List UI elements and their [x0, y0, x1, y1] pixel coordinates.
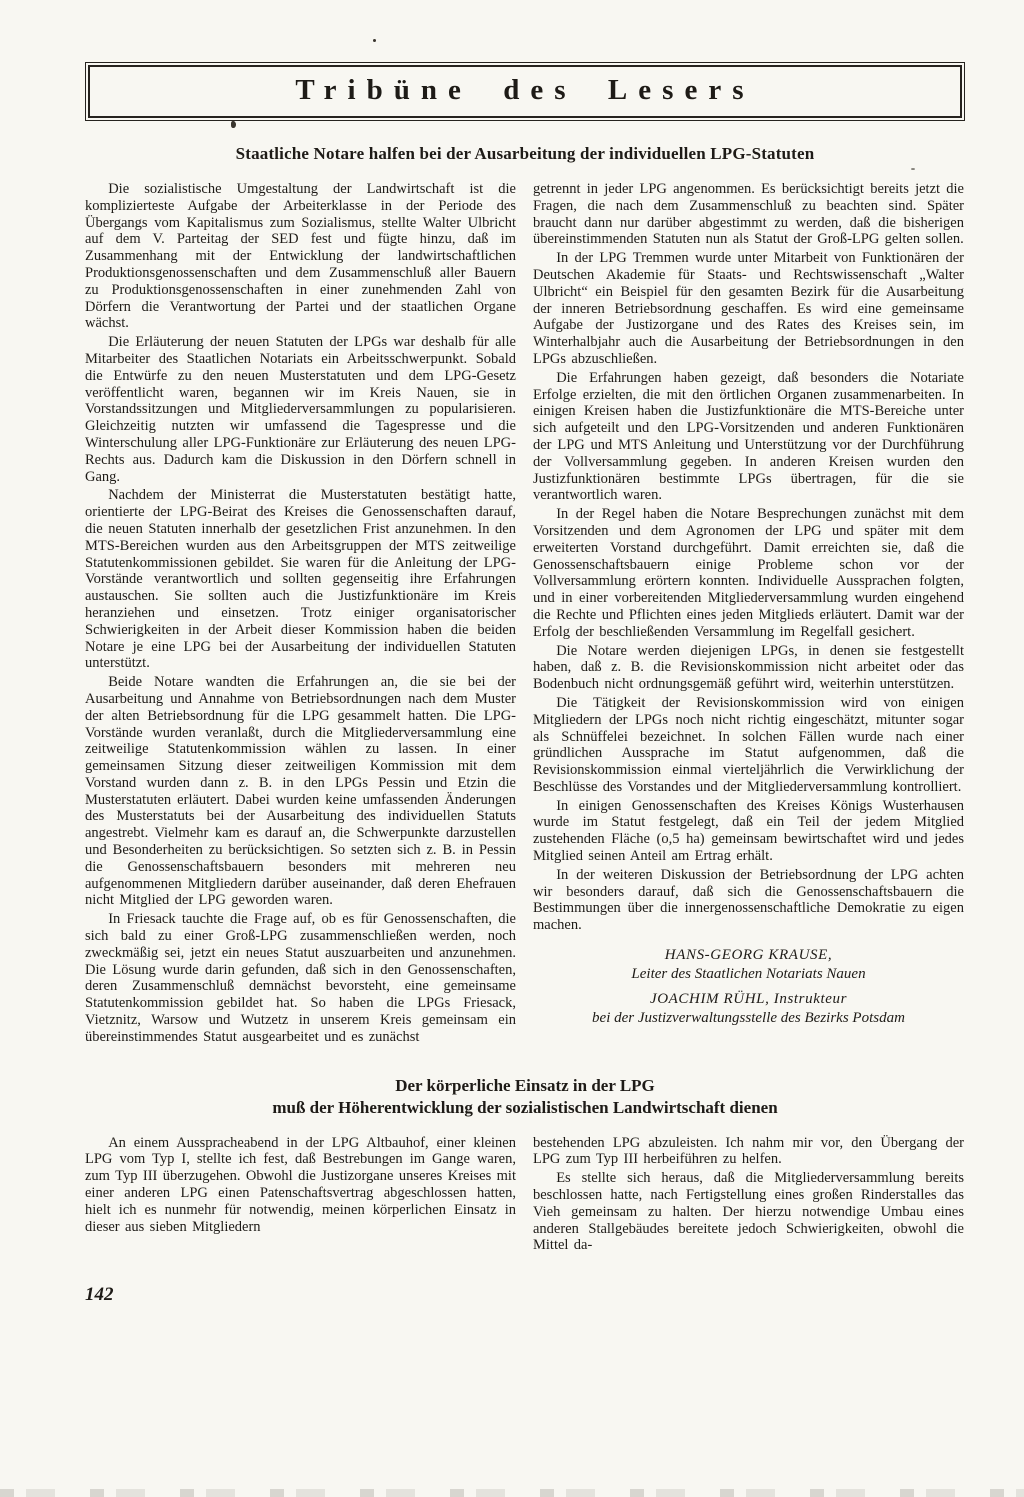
paragraph: In der LPG Tremmen wurde unter Mitarbeit… [533, 250, 964, 368]
article2-right-column: bestehenden LPG abzuleisten. Ich nahm mi… [533, 1135, 964, 1257]
signature-role: Leiter des Staatlichen Notariats Nauen [533, 965, 964, 984]
article2-columns: An einem Ausspracheabend in der LPG Altb… [85, 1135, 965, 1257]
article2-title-line1: Der körperliche Einsatz in der LPG [395, 1076, 655, 1095]
paragraph: Beide Notare wandten die Erfahrungen an,… [85, 674, 516, 909]
scan-edge-noise [0, 1489, 1024, 1497]
masthead-box-inner: Tribüne des Lesers [88, 65, 962, 118]
article2-title-line2: muß der Höherentwicklung der sozialistis… [272, 1098, 777, 1117]
paragraph: Die Notare werden diejenigen LPGs, in de… [533, 643, 964, 693]
page-content: Tribüne des Lesers Staatliche Notare hal… [85, 0, 965, 1306]
paragraph: In der Regel haben die Notare Besprechun… [533, 506, 964, 640]
masthead-box: Tribüne des Lesers [85, 62, 965, 121]
journal-page: Tribüne des Lesers Staatliche Notare hal… [0, 0, 1024, 1497]
paragraph: Die Erläuterung der neuen Statuten der L… [85, 334, 516, 485]
paragraph: In der weiteren Diskussion der Betriebso… [533, 867, 964, 934]
article1-right-column: getrennt in jeder LPG angenommen. Es ber… [533, 181, 964, 1048]
article1-title: Staatliche Notare halfen bei der Ausarbe… [85, 144, 965, 164]
signature-name: JOACHIM RÜHL, Instrukteur [533, 990, 964, 1009]
signature-block: HANS-GEORG KRAUSE, Leiter des Staatliche… [533, 946, 964, 1028]
masthead-title: Tribüne des Lesers [295, 74, 754, 106]
signature-name: HANS-GEORG KRAUSE, [533, 946, 964, 965]
paragraph: Nachdem der Ministerrat die Musterstatut… [85, 487, 516, 672]
article1-left-column: Die sozialistische Umgestaltung der Land… [85, 181, 516, 1048]
signature-role: bei der Justizverwaltungsstelle des Bezi… [533, 1009, 964, 1028]
paragraph: Die Tätigkeit der Revisionskommission wi… [533, 695, 964, 796]
article2-left-column: An einem Ausspracheabend in der LPG Altb… [85, 1135, 516, 1257]
paragraph: Es stellte sich heraus, daß die Mitglied… [533, 1170, 964, 1254]
paragraph: bestehenden LPG abzuleisten. Ich nahm mi… [533, 1135, 964, 1169]
paragraph: Die Erfahrungen haben gezeigt, daß beson… [533, 370, 964, 504]
paragraph: getrennt in jeder LPG angenommen. Es ber… [533, 181, 964, 248]
paragraph: An einem Ausspracheabend in der LPG Altb… [85, 1135, 516, 1236]
article1-columns: Die sozialistische Umgestaltung der Land… [85, 181, 965, 1048]
article2-title: Der körperliche Einsatz in der LPG muß d… [85, 1075, 965, 1119]
paragraph: Die sozialistische Umgestaltung der Land… [85, 181, 516, 332]
paragraph: In Friesack tauchte die Frage auf, ob es… [85, 911, 516, 1045]
page-number: 142 [85, 1284, 965, 1306]
paragraph: In einigen Genossenschaften des Kreises … [533, 798, 964, 865]
